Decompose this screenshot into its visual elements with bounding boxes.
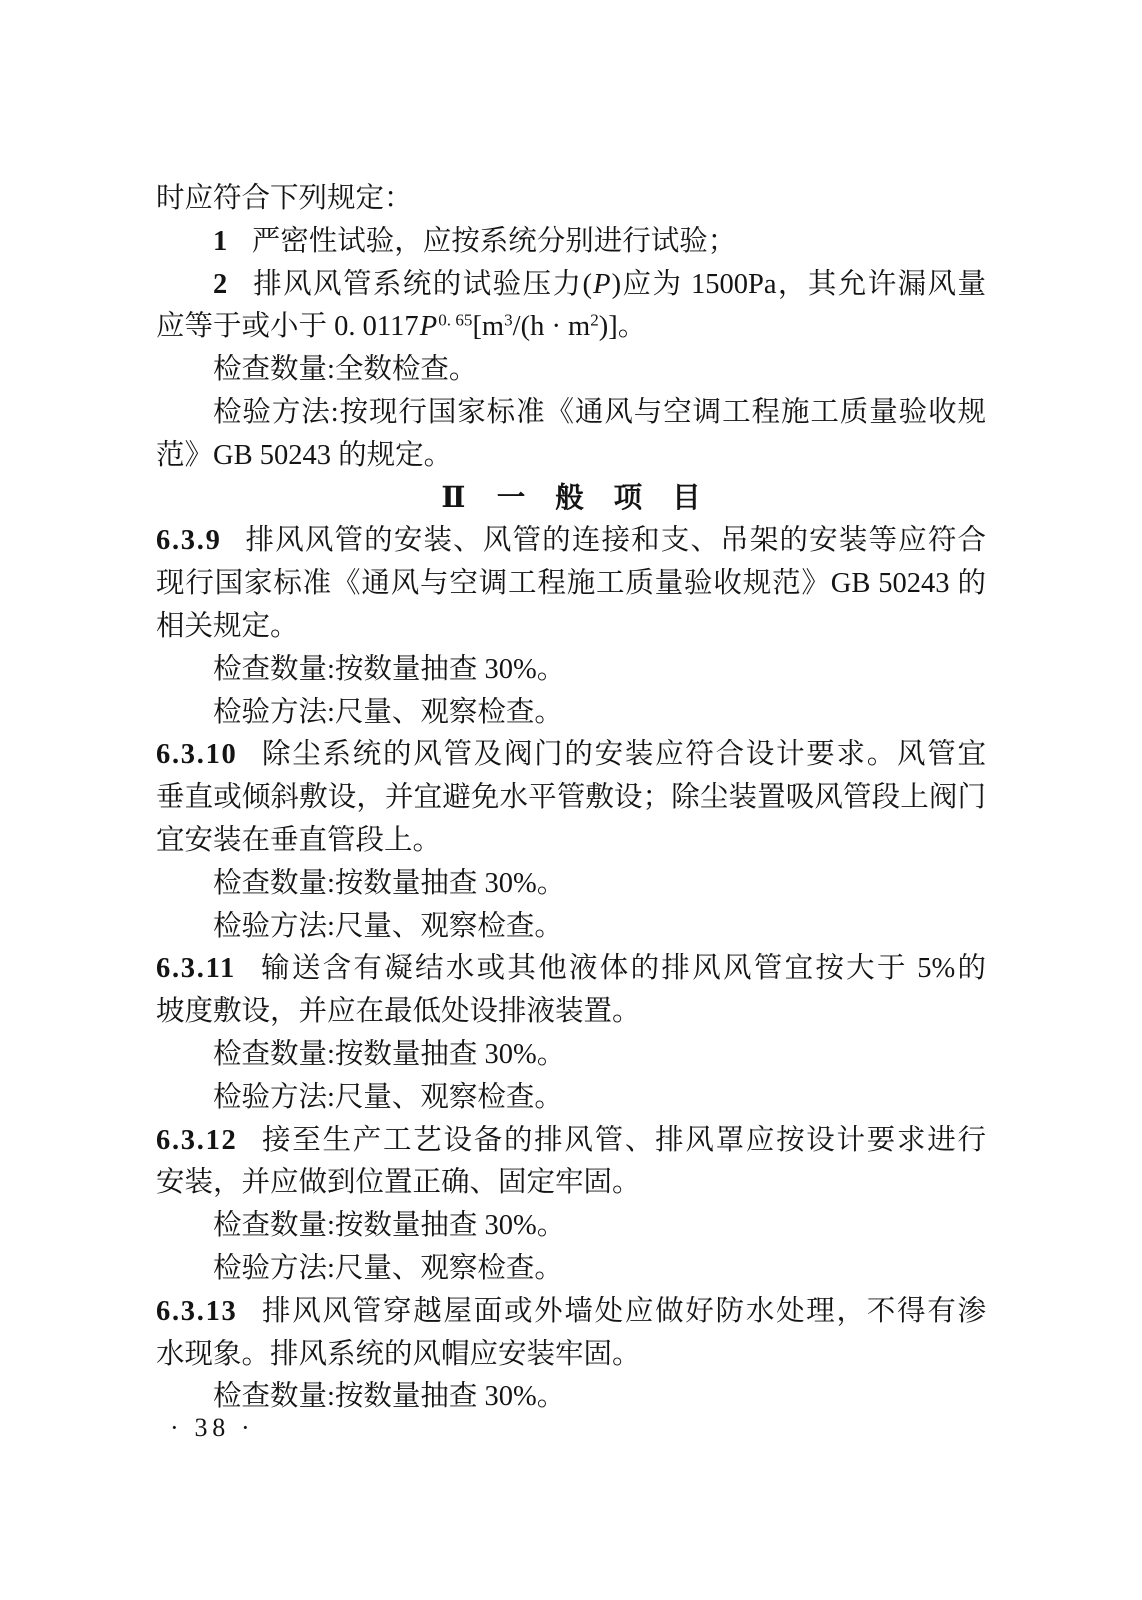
- clause-6-3-9-line-1: 6.3.9排风风管的安装、风管的连接和支、吊架的安装等应符合: [156, 520, 986, 563]
- formula-variable: P: [419, 311, 439, 342]
- formula-variable: P: [592, 269, 612, 300]
- list-item-2-line-2: 应等于或小于 0. 0117P0. 65[m3/(h · m2)]。: [156, 306, 986, 349]
- text-segment: 输送含有凝结水或其他液体的排风风管宜按大于 5%的: [259, 953, 986, 984]
- superscript: 3: [504, 311, 513, 330]
- heading-title: 一般项目: [497, 483, 731, 514]
- text-segment: 检查数量:按数量抽查 30%。: [213, 1039, 565, 1070]
- check-method: 检验方法:尺量、观察检查。: [156, 1248, 986, 1291]
- clause-6-3-12-line-1: 6.3.12接至生产工艺设备的排风管、排风罩应按设计要求进行: [156, 1120, 986, 1163]
- check-quantity: 检查数量:按数量抽查 30%。: [156, 1205, 986, 1248]
- text-segment: 检查数量:按数量抽查 30%。: [213, 1210, 565, 1241]
- clause-number: 2: [213, 269, 229, 300]
- text-segment: )应为 1500Pa，其允许漏风量: [612, 269, 986, 300]
- text-segment: 时应符合下列规定：: [156, 183, 413, 214]
- text-segment: 检查数量:按数量抽查 30%。: [213, 654, 565, 685]
- text-segment: 接至生产工艺设备的排风管、排风罩应按设计要求进行: [260, 1125, 986, 1156]
- text-segment: 检查数量:按数量抽查 30%。: [213, 1381, 565, 1412]
- check-method: 检验方法:尺量、观察检查。: [156, 692, 986, 735]
- text-segment: 坡度敷设，并应在最低处设排液装置。: [156, 996, 641, 1027]
- clause-number: 1: [213, 226, 229, 257]
- text-segment: 检验方法:尺量、观察检查。: [213, 1253, 563, 1284]
- clause-6-3-10-line-2: 垂直或倾斜敷设，并宜避免水平管敷设；除尘装置吸风管段上阀门: [156, 777, 986, 820]
- text-segment: 检查数量:按数量抽查 30%。: [213, 868, 565, 899]
- clause-number: 6.3.11: [156, 953, 236, 984]
- text-segment: 范》GB 50243 的规定。: [156, 440, 452, 471]
- text-segment: 检验方法:按现行国家标准《通风与空调工程施工质量验收规: [213, 397, 986, 428]
- text-segment: 排风风管的安装、风管的连接和支、吊架的安装等应符合: [244, 525, 986, 556]
- text-segment: 宜安装在垂直管段上。: [156, 825, 441, 856]
- list-item-2-line-1: 2排风风管系统的试验压力(P)应为 1500Pa，其允许漏风量: [156, 264, 986, 307]
- text-segment: 检验方法:尺量、观察检查。: [213, 697, 563, 728]
- clause-number: 6.3.9: [156, 525, 222, 556]
- check-quantity: 检查数量:按数量抽查 30%。: [156, 1376, 986, 1419]
- clause-6-3-10-line-1: 6.3.10除尘系统的风管及阀门的安装应符合设计要求。风管宜: [156, 734, 986, 777]
- body-text: 时应符合下列规定：1严密性试验，应按系统分别进行试验；2排风风管系统的试验压力(…: [156, 178, 986, 1419]
- clause-number: 6.3.10: [156, 739, 238, 770]
- text-segment: /(h · m: [513, 311, 591, 342]
- superscript: 0. 65: [438, 311, 472, 330]
- check-method-line-1: 检验方法:按现行国家标准《通风与空调工程施工质量验收规: [156, 392, 986, 435]
- text-segment: 水现象。排风系统的风帽应安装牢固。: [156, 1339, 641, 1370]
- clause-6-3-13-line-2: 水现象。排风系统的风帽应安装牢固。: [156, 1334, 986, 1377]
- text-segment: 排风风管系统的试验压力(: [252, 269, 592, 300]
- clause-6-3-11-line-2: 坡度敷设，并应在最低处设排液装置。: [156, 991, 986, 1034]
- document-page: 时应符合下列规定：1严密性试验，应按系统分别进行试验；2排风风管系统的试验压力(…: [0, 0, 1142, 1600]
- section-heading: Ⅱ一般项目: [156, 478, 986, 521]
- para-continuation: 时应符合下列规定：: [156, 178, 986, 221]
- clause-6-3-12-line-2: 安装，并应做到位置正确、固定牢固。: [156, 1162, 986, 1205]
- text-segment: 相关规定。: [156, 611, 299, 642]
- text-segment: 排风风管穿越屋面或外墙处应做好防水处理，不得有渗: [260, 1296, 986, 1327]
- text-segment: 安装，并应做到位置正确、固定牢固。: [156, 1167, 641, 1198]
- text-segment: 检验方法:尺量、观察检查。: [213, 1082, 563, 1113]
- clause-6-3-11-line-1: 6.3.11输送含有凝结水或其他液体的排风风管宜按大于 5%的: [156, 948, 986, 991]
- text-segment: 检查数量:全数检查。: [213, 354, 477, 385]
- text-segment: 应等于或小于 0. 0117: [156, 311, 419, 342]
- check-quantity: 检查数量:按数量抽查 30%。: [156, 649, 986, 692]
- clause-number: 6.3.12: [156, 1125, 238, 1156]
- text-segment: )]。: [599, 311, 646, 342]
- superscript: 2: [590, 311, 599, 330]
- clause-6-3-9-line-3: 相关规定。: [156, 606, 986, 649]
- text-segment: 垂直或倾斜敷设，并宜避免水平管敷设；除尘装置吸风管段上阀门: [156, 782, 986, 813]
- clause-6-3-10-line-3: 宜安装在垂直管段上。: [156, 820, 986, 863]
- text-segment: 除尘系统的风管及阀门的安装应符合设计要求。风管宜: [260, 739, 986, 770]
- page-number: · 38 ·: [170, 1411, 254, 1445]
- heading-numeral: Ⅱ: [441, 483, 465, 514]
- text-segment: 严密性试验，应按系统分别进行试验；: [252, 226, 737, 257]
- text-segment: [m: [472, 311, 504, 342]
- clause-6-3-9-line-2: 现行国家标准《通风与空调工程施工质量验收规范》GB 50243 的: [156, 563, 986, 606]
- check-method: 检验方法:尺量、观察检查。: [156, 1077, 986, 1120]
- check-quantity: 检查数量:按数量抽查 30%。: [156, 863, 986, 906]
- clause-6-3-13-line-1: 6.3.13排风风管穿越屋面或外墙处应做好防水处理，不得有渗: [156, 1291, 986, 1334]
- check-method-line-2: 范》GB 50243 的规定。: [156, 435, 986, 478]
- text-segment: 现行国家标准《通风与空调工程施工质量验收规范》GB 50243 的: [156, 568, 986, 599]
- text-segment: 检验方法:尺量、观察检查。: [213, 911, 563, 942]
- check-quantity: 检查数量:按数量抽查 30%。: [156, 1034, 986, 1077]
- check-quantity: 检查数量:全数检查。: [156, 349, 986, 392]
- check-method: 检验方法:尺量、观察检查。: [156, 906, 986, 949]
- list-item-1: 1严密性试验，应按系统分别进行试验；: [156, 221, 986, 264]
- clause-number: 6.3.13: [156, 1296, 238, 1327]
